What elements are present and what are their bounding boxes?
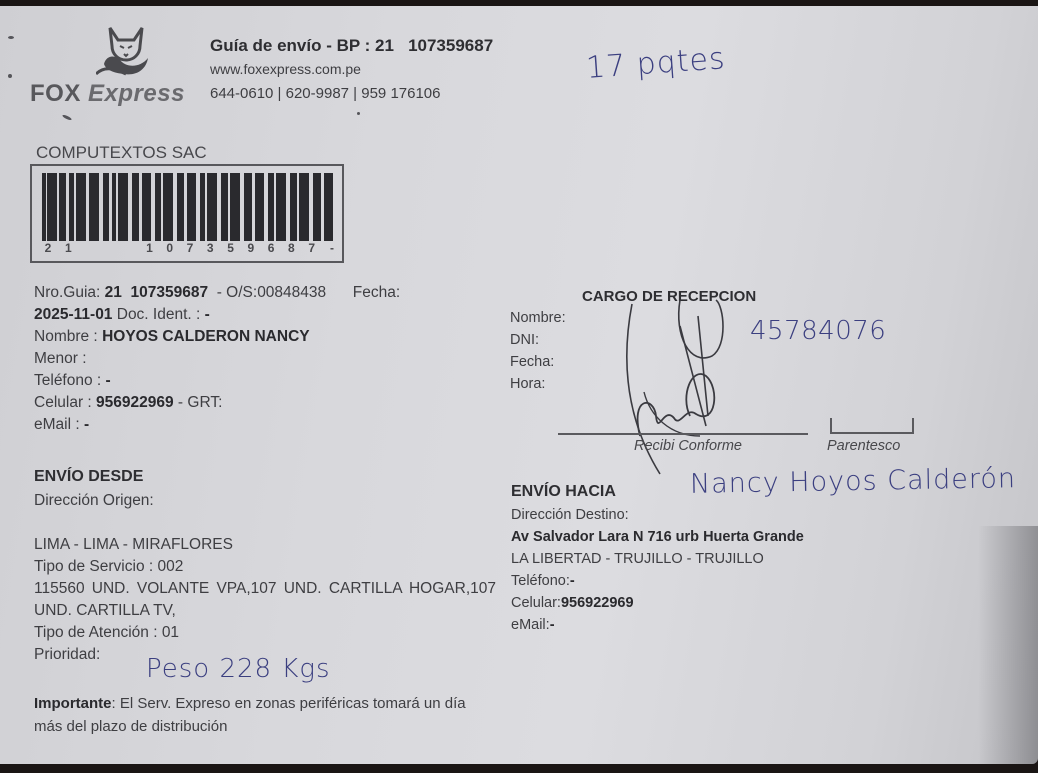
cargo-hora-label: Hora:: [510, 373, 566, 395]
contact-phones: 644-0610 | 620-9987 | 959 176106: [210, 85, 441, 102]
os-number: - O/S:00848438: [212, 284, 326, 301]
spacer: [34, 512, 496, 534]
barcode-bar: [163, 173, 173, 241]
destination-address-label: Dirección Destino:: [511, 504, 804, 526]
barcode-digit: 9: [245, 241, 257, 255]
barcode-bar: [207, 173, 217, 241]
telefono-line: Teléfono : -: [34, 370, 504, 392]
barcode-bar: [230, 173, 240, 241]
cargo-nombre-label: Nombre:: [510, 307, 566, 329]
destination-location: LA LIBERTAD - TRUJILLO - TRUJILLO: [511, 548, 804, 570]
sender-company: COMPUTEXTOS SAC: [36, 143, 207, 163]
handwritten-weight: Peso 228 Kgs: [146, 654, 331, 684]
origin-address-label: Dirección Origen:: [34, 490, 496, 512]
barcode-bar: [299, 173, 309, 241]
recipient-name: HOYOS CALDERON NANCY: [102, 328, 310, 345]
shipping-label: FOX Express Guía de envío - BP : 21 1073…: [0, 6, 1038, 764]
barcode-bar: [187, 173, 197, 241]
date-line: 2025-11-01 Doc. Ident. : -: [34, 304, 504, 326]
barcode-bar: [177, 173, 184, 241]
guide-title: Guía de envío - BP : 21 107359687: [210, 36, 493, 56]
barcode-digit: 1: [62, 241, 74, 255]
barcode-bar: [132, 173, 139, 241]
destination-celular: Celular:956922969: [511, 592, 804, 614]
barcode-bar: [118, 173, 128, 241]
guide-number: 21 107359687: [105, 284, 208, 301]
parentesco-field: [830, 418, 914, 434]
cargo-fields: Nombre: DNI: Fecha: Hora:: [510, 307, 566, 395]
email-line: eMail : -: [34, 414, 504, 436]
barcode-bar: [89, 173, 99, 241]
barcode-bar: [313, 173, 322, 241]
recipient-name-line: Nombre : HOYOS CALDERON NANCY: [34, 326, 504, 348]
barcode-bar: [255, 173, 265, 241]
barcode-bar: [142, 173, 152, 241]
celular-value: 956922969: [96, 394, 174, 411]
barcode: 21107359687-: [30, 164, 344, 263]
barcode-bar: [76, 173, 86, 241]
cargo-fecha-label: Fecha:: [510, 351, 566, 373]
barcode-bar: [290, 173, 297, 241]
barcode-digit: [103, 241, 115, 255]
parentesco-label: Parentesco: [827, 438, 900, 454]
stray-mark: [357, 112, 360, 115]
barcode-digit: -: [326, 241, 338, 255]
barcode-digit: 2: [42, 241, 54, 255]
barcode-digit: [83, 241, 95, 255]
barcode-bar: [221, 173, 228, 241]
origin-location: LIMA - LIMA - MIRAFLORES: [34, 534, 496, 556]
brand-logo: FOX Express: [28, 20, 198, 120]
barcode-digit: 6: [265, 241, 277, 255]
barcode-bar: [59, 173, 66, 241]
barcode-digit: 7: [184, 241, 196, 255]
celular-line: Celular : 956922969 - GRT:: [34, 392, 504, 414]
destination-address: Av Salvador Lara N 716 urb Huerta Grande: [511, 526, 804, 548]
destination-email: eMail:-: [511, 614, 804, 636]
signature-line: [558, 433, 808, 435]
barcode-bars: [42, 173, 334, 241]
guide-date: 2025-11-01: [34, 306, 112, 323]
attention-type: Tipo de Atención : 01: [34, 622, 496, 644]
recipient-info: Nro.Guia: 21 107359687 - O/S:00848438 Fe…: [34, 282, 504, 436]
menor-line: Menor :: [34, 348, 504, 370]
doc-ident-value: -: [205, 306, 210, 323]
barcode-digits: 21107359687-: [42, 241, 338, 255]
brand-name: FOX Express: [30, 80, 185, 108]
stray-mark: [8, 36, 14, 39]
barcode-bar: [324, 173, 334, 241]
envio-desde-block: Dirección Origen: LIMA - LIMA - MIRAFLOR…: [34, 490, 496, 666]
barcode-bar: [47, 173, 57, 241]
shipment-items: 115560 UND. VOLANTE VPA,107 UND. CARTILL…: [34, 578, 496, 622]
destination-telefono: Teléfono:-: [511, 570, 804, 592]
envio-hacia-title: ENVÍO HACIA: [511, 483, 616, 501]
important-notice: Importante: El Serv. Expreso en zonas pe…: [34, 692, 474, 738]
envio-hacia-block: Dirección Destino: Av Salvador Lara N 71…: [511, 504, 804, 636]
handwritten-recipient-name: Nancy Hoyos Calderón: [690, 463, 1017, 500]
fox-head-icon: [96, 24, 156, 80]
barcode-digit: 0: [164, 241, 176, 255]
envio-desde-title: ENVÍO DESDE: [34, 468, 143, 486]
barcode-digit: 7: [306, 241, 318, 255]
barcode-bar: [244, 173, 253, 241]
barcode-digit: 1: [143, 241, 155, 255]
cargo-dni-label: DNI:: [510, 329, 566, 351]
stray-mark: [8, 74, 12, 78]
recibi-conforme-label: Recibi Conforme: [634, 438, 742, 454]
website-link: www.foxexpress.com.pe: [210, 61, 361, 77]
service-type: Tipo de Servicio : 002: [34, 556, 496, 578]
guide-number-line: Nro.Guia: 21 107359687 - O/S:00848438 Fe…: [34, 282, 504, 304]
barcode-digit: 8: [285, 241, 297, 255]
barcode-digit: 5: [225, 241, 237, 255]
barcode-digit: [123, 241, 135, 255]
barcode-digit: 3: [204, 241, 216, 255]
handwritten-packages-note: 17 pqtes: [585, 41, 727, 86]
handwritten-dni: 45784076: [750, 316, 886, 346]
barcode-bar: [276, 173, 286, 241]
